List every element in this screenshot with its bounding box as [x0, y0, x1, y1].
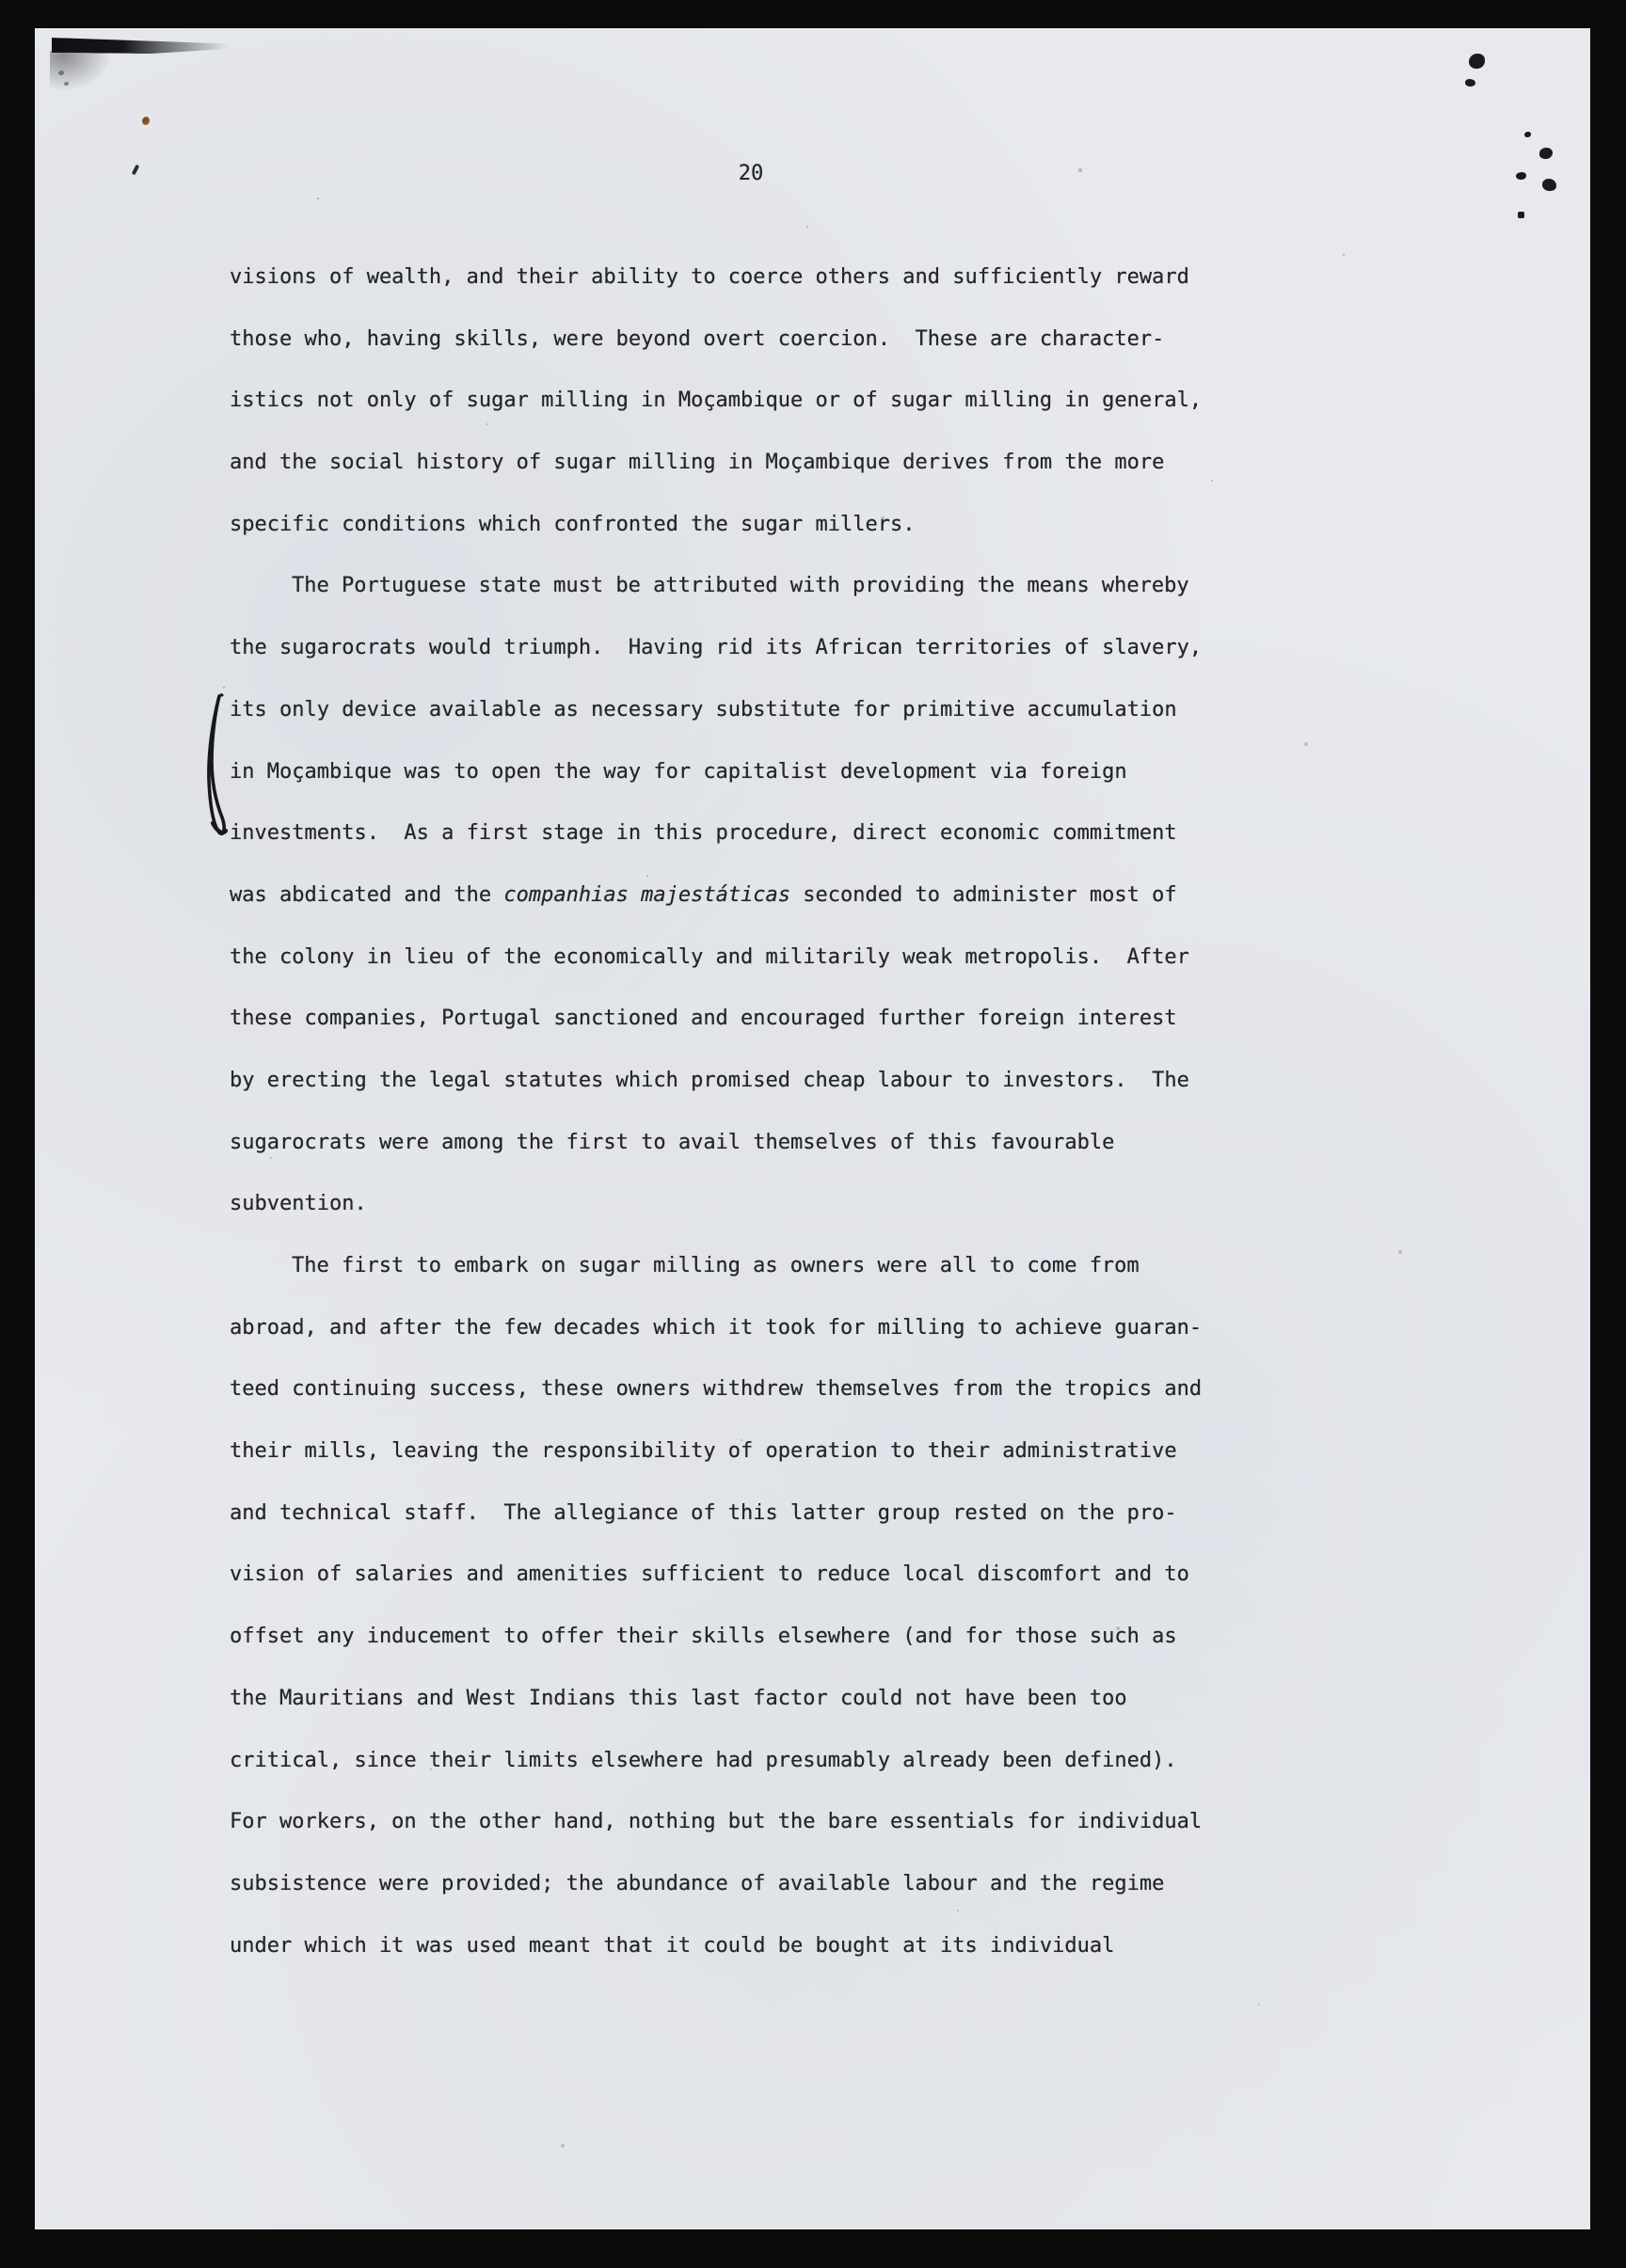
ink-blob: [1516, 172, 1526, 180]
ink-stain: [142, 117, 150, 125]
dust-speck: [58, 71, 64, 75]
text-line: The first to embark on sugar milling as …: [230, 1235, 1265, 1297]
text-line: For workers, on the other hand, nothing …: [230, 1791, 1265, 1853]
text-line: its only device available as necessary s…: [230, 679, 1265, 741]
ink-blob: [1469, 54, 1485, 69]
ink-blob: [1465, 79, 1475, 87]
text-line: vision of salaries and amenities suffici…: [230, 1544, 1265, 1606]
text-line: specific conditions which confronted the…: [230, 494, 1265, 556]
margin-pen-mark: [200, 693, 231, 840]
text-line: critical, since their limits elsewhere h…: [230, 1730, 1265, 1792]
document-text: visions of wealth, and their ability to …: [230, 246, 1265, 1976]
document-page: 20 visions of wealth, and their ability …: [35, 28, 1590, 2229]
text-line: their mills, leaving the responsibility …: [230, 1420, 1265, 1483]
text-line: sugarocrats were among the first to avai…: [230, 1112, 1265, 1174]
text-line: under which it was used meant that it co…: [230, 1915, 1265, 1977]
text-line: by erecting the legal statutes which pro…: [230, 1050, 1265, 1112]
text-line: subsistence were provided; the abundance…: [230, 1853, 1265, 1915]
text-line: and the social history of sugar milling …: [230, 432, 1265, 494]
text-line: investments. As a first stage in this pr…: [230, 802, 1265, 864]
scan-noise: [317, 198, 319, 199]
text-line: in Moçambique was to open the way for ca…: [230, 741, 1265, 803]
ink-blob: [1542, 179, 1556, 191]
text-line: the sugarocrats would triumph. Having ri…: [230, 617, 1265, 679]
text-line: teed continuing success, these owners wi…: [230, 1358, 1265, 1420]
text-line: was abdicated and the companhias majestá…: [230, 864, 1265, 927]
text-line: these companies, Portugal sanctioned and…: [230, 988, 1265, 1050]
dust-speck: [64, 82, 69, 86]
pen-tick-mark: [132, 165, 140, 176]
ink-blob: [1518, 212, 1524, 218]
text-line: and technical staff. The allegiance of t…: [230, 1483, 1265, 1545]
text-line: offset any inducement to offer their ski…: [230, 1606, 1265, 1668]
text-line: abroad, and after the few decades which …: [230, 1297, 1265, 1359]
text-line: the Mauritians and West Indians this las…: [230, 1668, 1265, 1730]
ink-blob: [1539, 148, 1553, 159]
text-line: istics not only of sugar milling in Moça…: [230, 370, 1265, 432]
text-line: The Portuguese state must be attributed …: [230, 555, 1265, 617]
text-line: subvention.: [230, 1173, 1265, 1235]
scan-background: { "colors": { "background": "#0b0b0c", "…: [0, 0, 1626, 2268]
page-number: 20: [709, 162, 793, 185]
text-line: visions of wealth, and their ability to …: [230, 246, 1265, 309]
text-line: those who, having skills, were beyond ov…: [230, 309, 1265, 371]
text-line: the colony in lieu of the economically a…: [230, 927, 1265, 989]
ink-blob: [1524, 132, 1531, 137]
